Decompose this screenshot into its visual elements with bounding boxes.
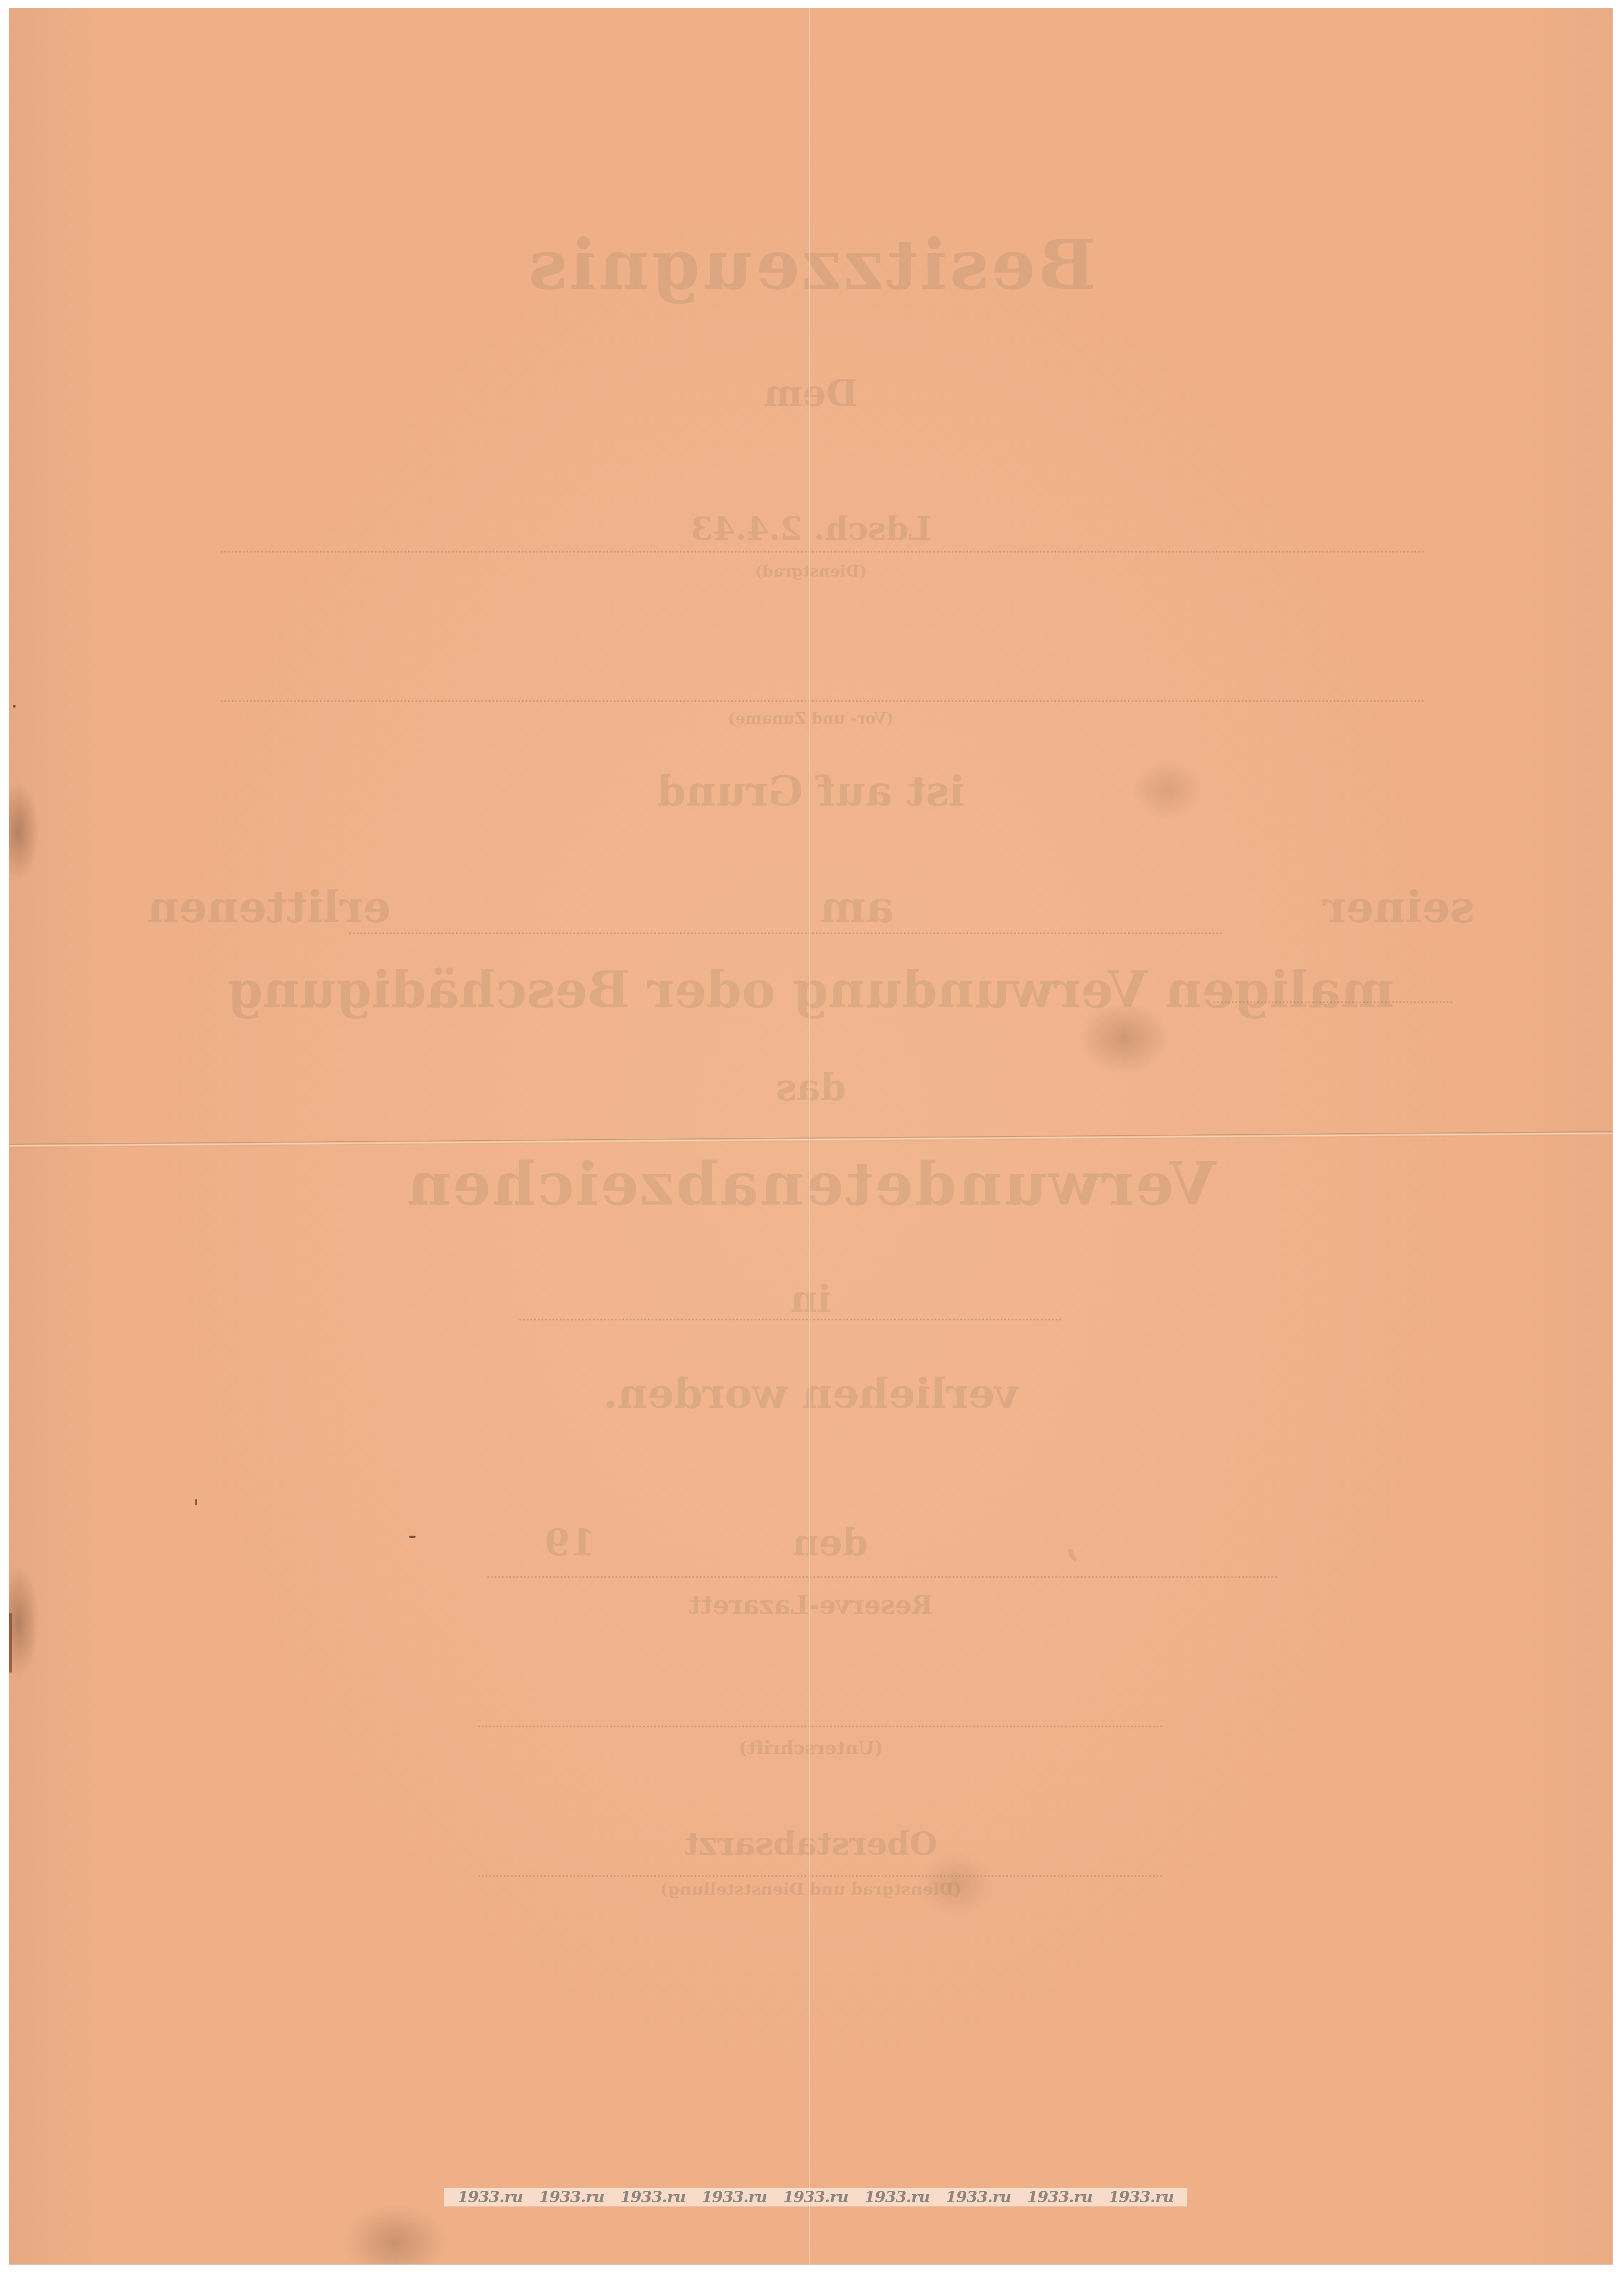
- ink-speck: [13, 705, 16, 708]
- watermark-strip: 1933.ru 1933.ru 1933.ru 1933.ru 1933.ru …: [444, 2188, 1187, 2206]
- watermark-text: 1933.ru: [1027, 2189, 1092, 2205]
- watermark-text: 1933.ru: [864, 2189, 929, 2205]
- ghost-line-am: seiner am erlittenen: [9, 882, 1613, 933]
- dotted-line-rank: [221, 551, 1425, 553]
- ghost-line-abzeichen: Verwundetenabzeichen: [9, 1149, 1613, 1219]
- ghost-rank-value: Ldsch. 2.4.43: [9, 509, 1613, 548]
- ghost-rank-caption: (Dienstgrad): [9, 562, 1613, 581]
- dotted-line-wound-type: [1214, 1001, 1453, 1003]
- ghost-stamp: Reserve-Lazarett: [9, 1590, 1613, 1620]
- dotted-line-date-wound: [349, 932, 1223, 934]
- ghost-line-date: , den 19: [9, 1521, 1613, 1564]
- watermark-text: 1933.ru: [620, 2189, 685, 2205]
- ghost-line-verwundung: maligen Verwundung oder Beschädigung: [9, 960, 1613, 1019]
- ink-speck: [195, 1499, 197, 1505]
- ghost-line-das: das: [9, 1066, 1613, 1109]
- ghost-name-caption: (Vor- und Zuname): [9, 709, 1613, 728]
- watermark-text: 1933.ru: [539, 2189, 604, 2205]
- ghost-line-in: in: [9, 1277, 1613, 1320]
- watermark-text: 1933.ru: [701, 2189, 767, 2205]
- dotted-line-date: [487, 1576, 1278, 1578]
- ghost-line-verliehen: verliehen worden.: [9, 1369, 1613, 1418]
- watermark-text: 1933.ru: [457, 2189, 523, 2205]
- ink-speck: [409, 1536, 416, 1538]
- watermark-text: 1933.ru: [946, 2189, 1011, 2205]
- dotted-line-place: [519, 1319, 1062, 1320]
- vertical-fold-crease: [808, 8, 811, 2264]
- certificate-paper-back: Besitzzeugnis Dem Ldsch. 2.4.43 (Dienstg…: [9, 8, 1613, 2264]
- ghost-line-dem: Dem: [9, 371, 1613, 415]
- dotted-line-office: [478, 1875, 1163, 1877]
- ghost-signature-caption: (Unterschrift): [9, 1737, 1613, 1759]
- edge-stain: [9, 1613, 12, 1673]
- ghost-title: Besitzzeugnis: [9, 224, 1613, 305]
- watermark-text: 1933.ru: [783, 2189, 848, 2205]
- ghost-office-caption: (Dienstgrad und Dienststellung): [9, 1880, 1613, 1899]
- watermark-text: 1933.ru: [1108, 2189, 1174, 2205]
- dotted-line-name: [221, 700, 1425, 702]
- dotted-line-signature: [478, 1726, 1163, 1727]
- ghost-office-value: Oberstabsarzt: [9, 1824, 1613, 1863]
- ghost-line-grund: ist auf Grund: [9, 767, 1613, 816]
